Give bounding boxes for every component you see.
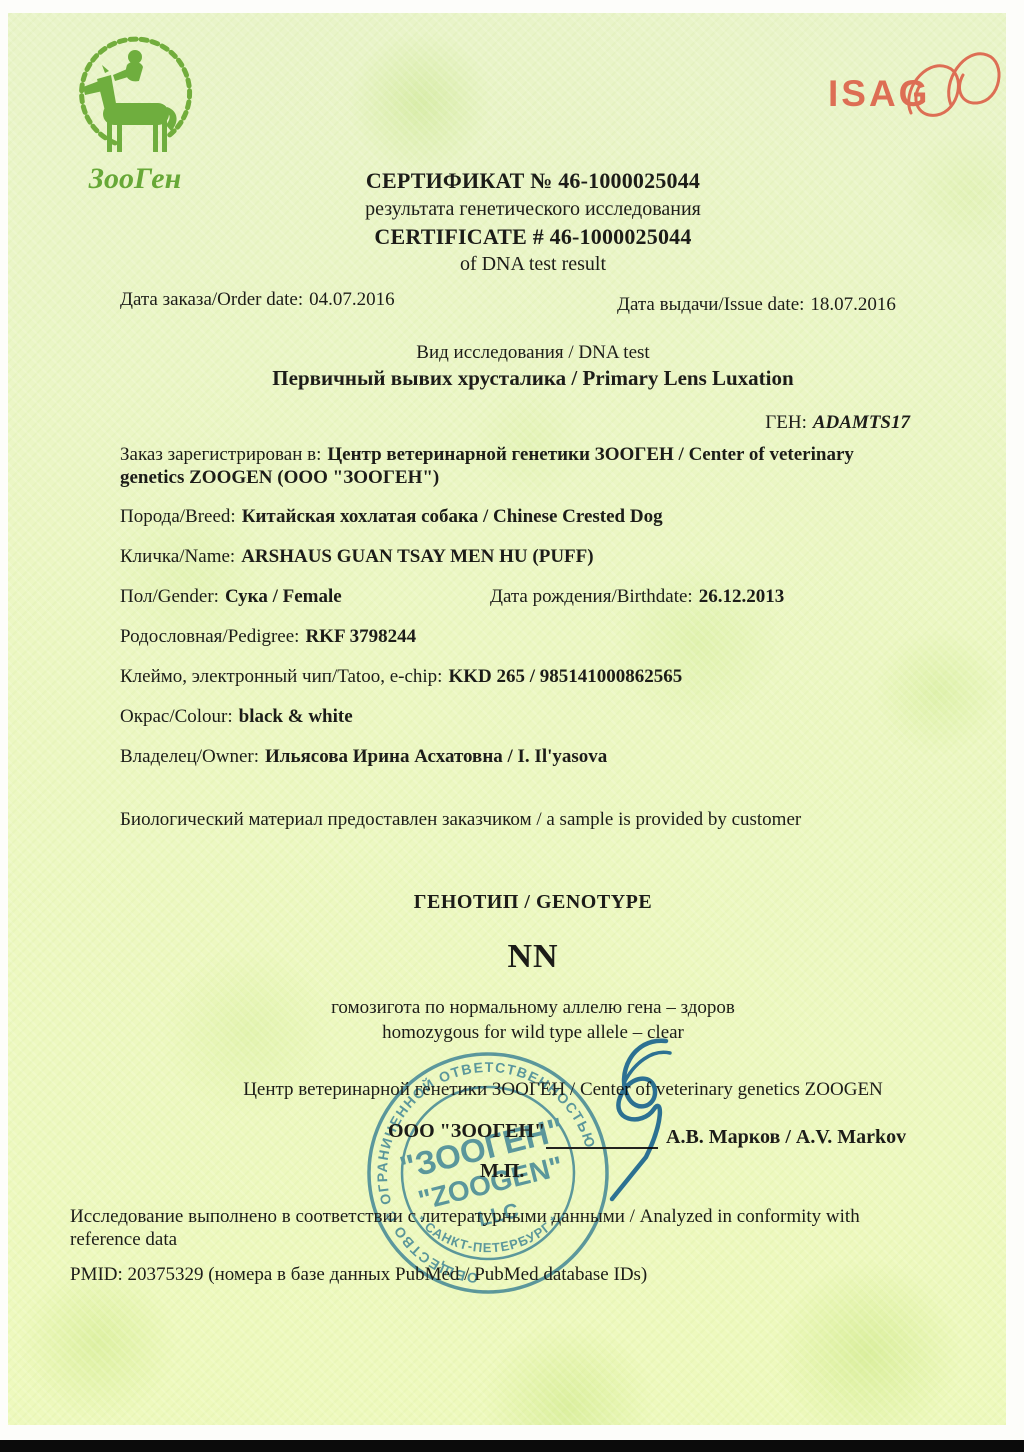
field-value: Китайская хохлатая собака / Chinese Cres…	[242, 506, 663, 527]
isag-swirl-icon	[903, 31, 1018, 161]
field-label: Владелец/Owner:	[120, 746, 259, 767]
signature-org: ООО "ЗООГЕН"	[388, 1119, 545, 1143]
issue-date: Дата выдачи/Issue date:18.07.2016	[617, 293, 896, 316]
field-value: black & white	[239, 706, 353, 727]
order-date: Дата заказа/Order date:04.07.2016	[120, 288, 395, 311]
genotype-value: NN	[113, 938, 953, 976]
seal-mark-label: М.П.	[480, 1159, 524, 1183]
genotype-heading: ГЕНОТИП / GENOTYPE	[113, 891, 953, 914]
field-value: 26.12.2013	[699, 586, 785, 607]
footer-analysis-note: Исследование выполнено в соответствии с …	[70, 1205, 885, 1251]
field-label: Родословная/Pedigree:	[120, 626, 299, 647]
field-row-name: Кличка/Name:ARSHAUS GUAN TSAY MEN HU (PU…	[120, 545, 915, 568]
field-label: Клеймо, электронный чип/Tatoo, e-chip:	[120, 666, 442, 687]
field-value: ARSHAUS GUAN TSAY MEN HU (PUFF)	[241, 546, 593, 567]
field-value: KKD 265 / 985141000862565	[448, 666, 682, 687]
gene-row: ГЕН:ADAMTS17	[120, 411, 910, 434]
gene-value: ADAMTS17	[813, 412, 910, 433]
field-label: Пол/Gender:	[120, 586, 219, 607]
field-label: Заказ зарегистрирован в:	[120, 444, 321, 465]
field-label: Окрас/Colour:	[120, 706, 233, 727]
field-row-birthdate: Дата рождения/Birthdate:26.12.2013	[490, 585, 784, 608]
title-block: СЕРТИФИКАТ № 46-1000025044 результата ге…	[113, 168, 953, 276]
field-label: Дата рождения/Birthdate:	[490, 586, 693, 607]
signature-stroke-icon	[528, 1023, 718, 1213]
sample-note: Биологический материал предоставлен зака…	[120, 808, 930, 831]
certificate-subtitle-ru: результата генетического исследования	[113, 198, 953, 221]
field-value: Ильясова Ирина Асхатовна / I. Il'yasova	[265, 746, 607, 767]
test-kind-label: Вид исследования / DNA test	[113, 341, 953, 364]
field-row-pedigree: Родословная/Pedigree:RKF 3798244	[120, 625, 416, 648]
field-row-breed: Порода/Breed:Китайская хохлатая собака /…	[120, 505, 915, 528]
scan-edge-bar	[0, 1440, 1024, 1452]
certificate-subtitle-en: of DNA test result	[113, 253, 953, 276]
test-name: Первичный вывих хрусталика / Primary Len…	[113, 366, 953, 391]
field-row-owner: Владелец/Owner:Ильясова Ирина Асхатовна …	[120, 745, 607, 768]
field-label: Кличка/Name:	[120, 546, 235, 567]
field-value: Сука / Female	[225, 586, 342, 607]
footer-pmid: PMID: 20375329 (номера в базе данных Pub…	[70, 1263, 885, 1286]
field-row-colour: Окрас/Colour:black & white	[120, 705, 353, 728]
issue-date-label: Дата выдачи/Issue date:	[617, 294, 804, 315]
certificate-page: ЗооГен ISAG СЕРТИФИКАТ № 46-1000025044 р…	[8, 13, 1006, 1425]
gene-label: ГЕН:	[765, 412, 807, 433]
field-label: Порода/Breed:	[120, 506, 236, 527]
issue-date-value: 18.07.2016	[810, 294, 896, 315]
order-date-value: 04.07.2016	[309, 289, 395, 310]
certificate-number-ru: СЕРТИФИКАТ № 46-1000025044	[113, 168, 953, 194]
field-row-tatoo-chip: Клеймо, электронный чип/Tatoo, e-chip:KK…	[120, 665, 682, 688]
field-row-gender: Пол/Gender:Сука / Female	[120, 585, 342, 608]
order-date-label: Дата заказа/Order date:	[120, 289, 303, 310]
signature-ink	[528, 1023, 718, 1218]
certificate-number-en: CERTIFICATE # 46-1000025044	[113, 224, 953, 250]
genotype-note-ru: гомозигота по нормальному аллелю гена – …	[113, 996, 953, 1019]
field-row-registered-at: Заказ зарегистрирован в:Центр ветеринарн…	[120, 443, 915, 489]
field-value: RKF 3798244	[305, 626, 416, 647]
